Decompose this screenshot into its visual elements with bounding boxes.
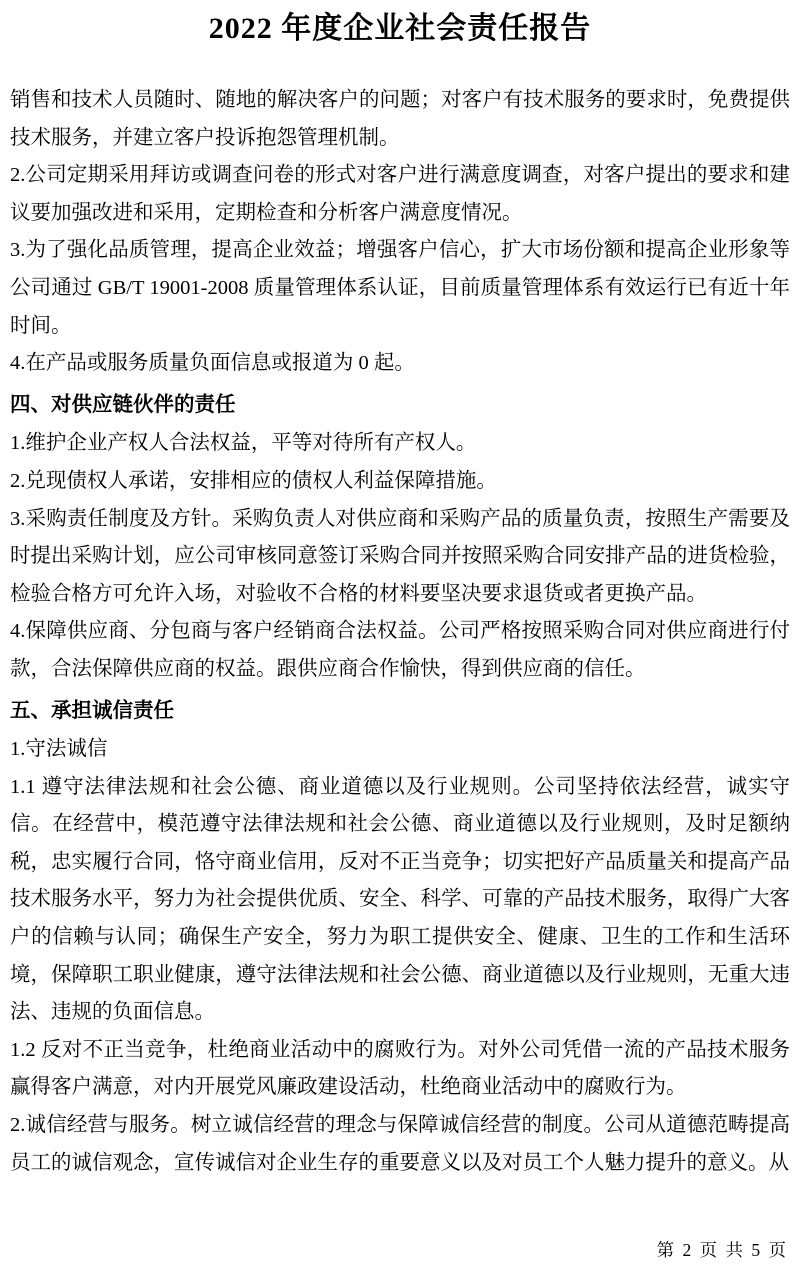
document-body: 销售和技术人员随时、随地的解决客户的问题；对客户有技术服务的要求时，免费提供技术… (10, 82, 790, 1182)
paragraph: 2.诚信经营与服务。树立诚信经营的理念与保障诚信经营的制度。公司从道德范畴提高员… (10, 1107, 790, 1182)
document-page: 2022 年度企业社会责任报告 销售和技术人员随时、随地的解决客户的问题；对客户… (0, 0, 800, 1284)
paragraph: 1.守法诚信 (10, 731, 790, 769)
section-heading-supply-chain: 四、对供应链伙伴的责任 (10, 386, 790, 424)
paragraph: 1.2 反对不正当竞争，杜绝商业活动中的腐败行为。对外公司凭借一流的产品技术服务… (10, 1032, 790, 1107)
document-title: 2022 年度企业社会责任报告 (0, 0, 800, 49)
paragraph: 2.公司定期采用拜访或调查问卷的形式对客户进行满意度调查，对客户提出的要求和建议… (10, 157, 790, 232)
paragraph: 1.维护企业产权人合法权益，平等对待所有产权人。 (10, 425, 790, 463)
section-heading-integrity: 五、承担诚信责任 (10, 692, 790, 730)
paragraph: 2.兑现债权人承诺，安排相应的债权人利益保障措施。 (10, 463, 790, 501)
page-number: 第 2 页 共 5 页 (657, 1237, 788, 1262)
paragraph: 3.采购责任制度及方针。采购负责人对供应商和采购产品的质量负责，按照生产需要及时… (10, 501, 790, 614)
paragraph: 3.为了强化品质管理，提高企业效益；增强客户信心，扩大市场份额和提高企业形象等公… (10, 232, 790, 345)
paragraph: 4.保障供应商、分包商与客户经销商合法权益。公司严格按照采购合同对供应商进行付款… (10, 613, 790, 688)
paragraph: 销售和技术人员随时、随地的解决客户的问题；对客户有技术服务的要求时，免费提供技术… (10, 82, 790, 157)
paragraph: 4.在产品或服务质量负面信息或报道为 0 起。 (10, 345, 790, 383)
paragraph: 1.1 遵守法律法规和社会公德、商业道德以及行业规则。公司坚持依法经营，诚实守信… (10, 769, 790, 1032)
